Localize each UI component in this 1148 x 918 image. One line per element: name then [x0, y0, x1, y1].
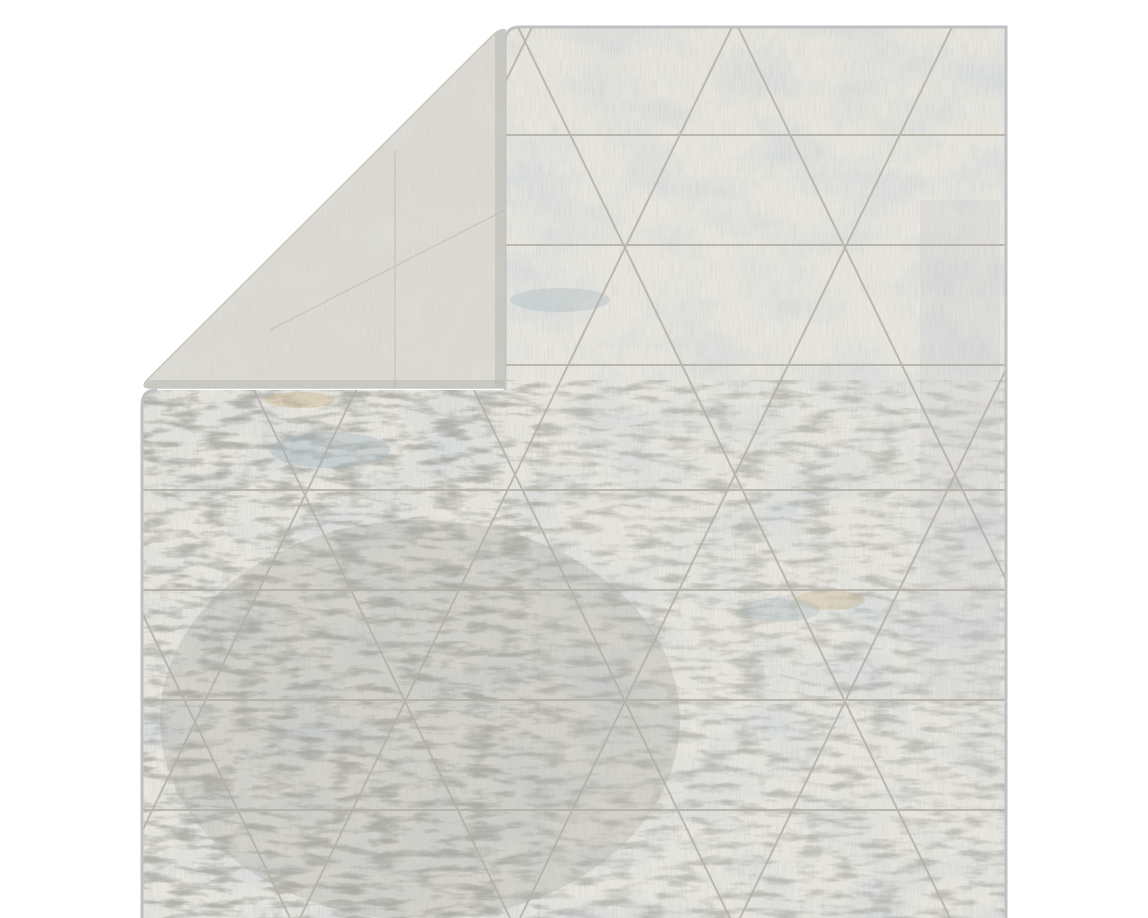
- rug-folded-corner: [140, 20, 510, 392]
- product-photo: Area rug with folded-back corner: [0, 0, 1148, 918]
- rug-illustration: [0, 0, 1148, 918]
- rug-front-face: [0, 0, 1148, 918]
